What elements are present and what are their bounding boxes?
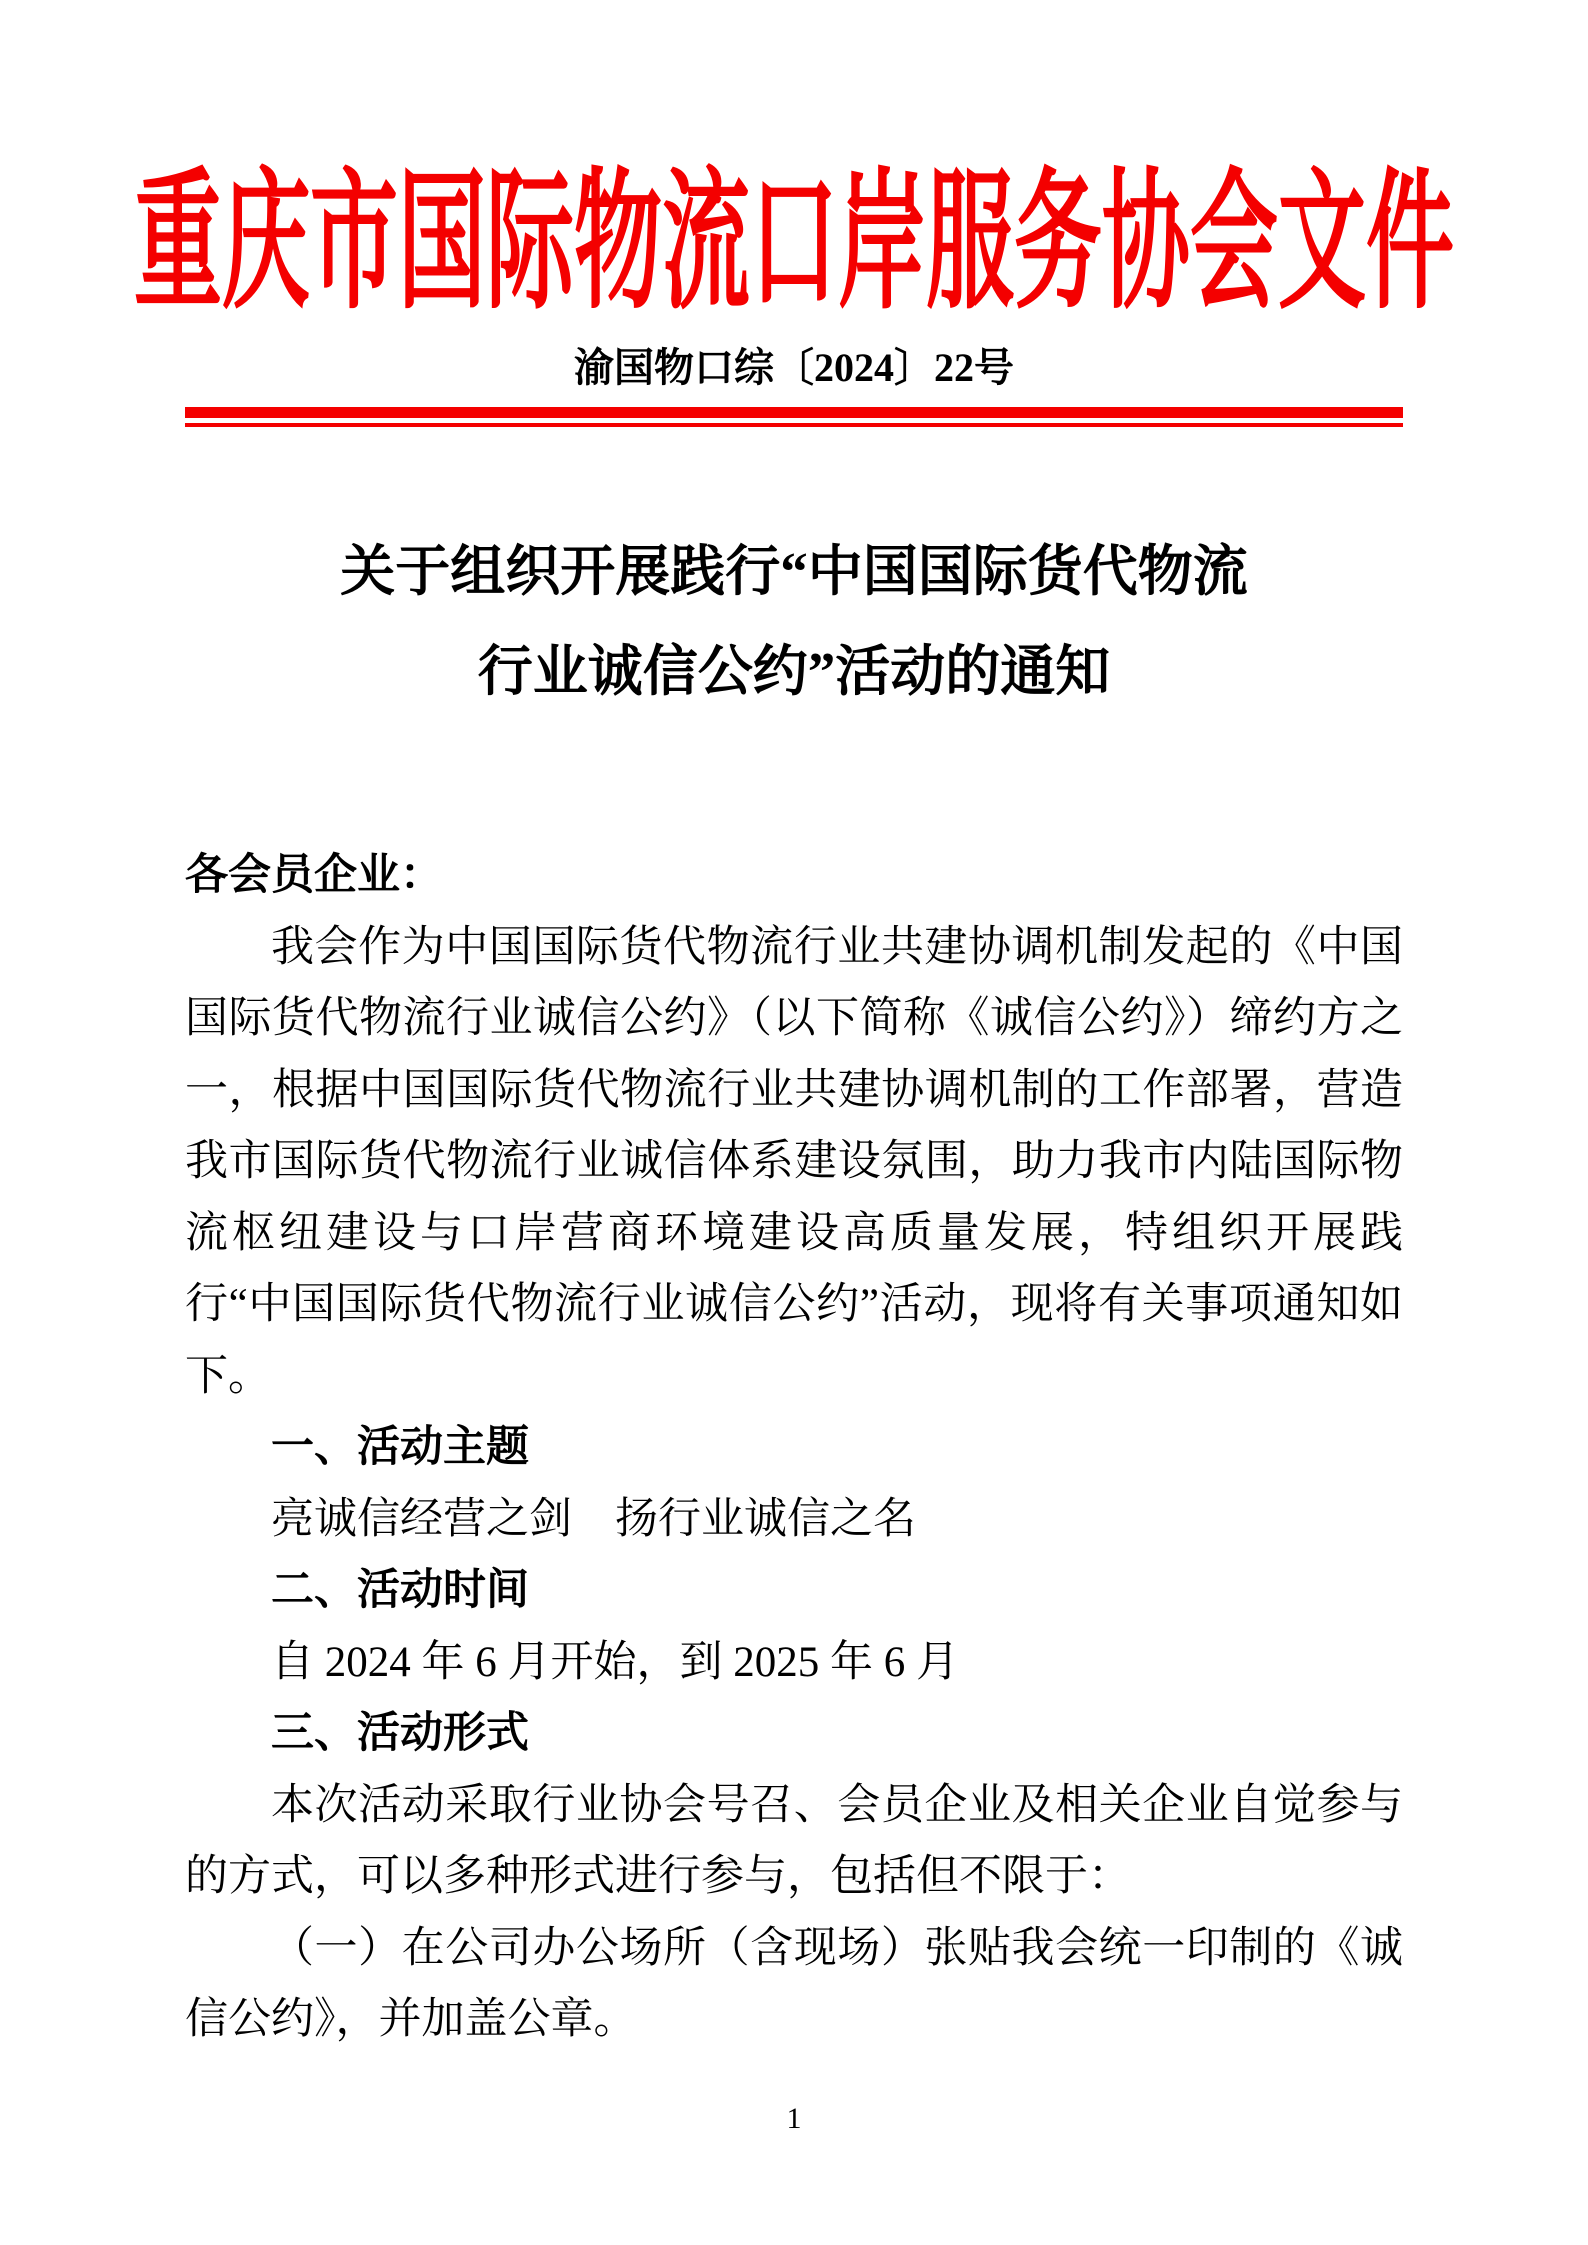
document-body-block: 各会员企业： 我会作为中国国际货代物流行业共建协调机制发起的《中国国际货代物流行… xyxy=(185,840,1403,2056)
divider-thin-line xyxy=(185,423,1403,427)
section-heading: 二、活动时间 xyxy=(185,1555,1403,1627)
salutation: 各会员企业： xyxy=(185,840,1403,912)
document-body: 我会作为中国国际货代物流行业共建协调机制发起的《中国国际货代物流行业诚信公约》（… xyxy=(185,912,1403,2056)
section-heading: 三、活动形式 xyxy=(185,1698,1403,1770)
doc-reference-number: 渝国物口综〔2024〕22号 xyxy=(0,336,1588,393)
body-paragraph: 本次活动采取行业协会号召、会员企业及相关企业自觉参与的方式，可以多种形式进行参与… xyxy=(185,1770,1403,1913)
document-title-line1: 关于组织开展践行“中国国际货代物流 xyxy=(0,522,1588,622)
divider-thick-line xyxy=(185,407,1403,418)
body-paragraph: 自 2024 年 6 月开始，到 2025 年 6 月 xyxy=(185,1627,1403,1699)
page-number: 1 xyxy=(0,2102,1588,2136)
body-paragraph: （一）在公司办公场所（含现场）张贴我会统一印制的《诚信公约》，并加盖公章。 xyxy=(185,1913,1403,2056)
document-title: 关于组织开展践行“中国国际货代物流 行业诚信公约”活动的通知 xyxy=(0,522,1588,722)
body-paragraph: 亮诚信经营之剑 扬行业诚信之名 xyxy=(185,1484,1403,1556)
letterhead-divider xyxy=(185,407,1403,427)
document-page: 重庆市国际物流口岸服务协会文件 渝国物口综〔2024〕22号 关于组织开展践行“… xyxy=(0,0,1588,2245)
letterhead-org-title: 重庆市国际物流口岸服务协会文件 xyxy=(0,122,1588,339)
document-title-line2: 行业诚信公约”活动的通知 xyxy=(0,622,1588,722)
body-paragraph: 我会作为中国国际货代物流行业共建协调机制发起的《中国国际货代物流行业诚信公约》（… xyxy=(185,912,1403,1413)
section-heading: 一、活动主题 xyxy=(185,1412,1403,1484)
